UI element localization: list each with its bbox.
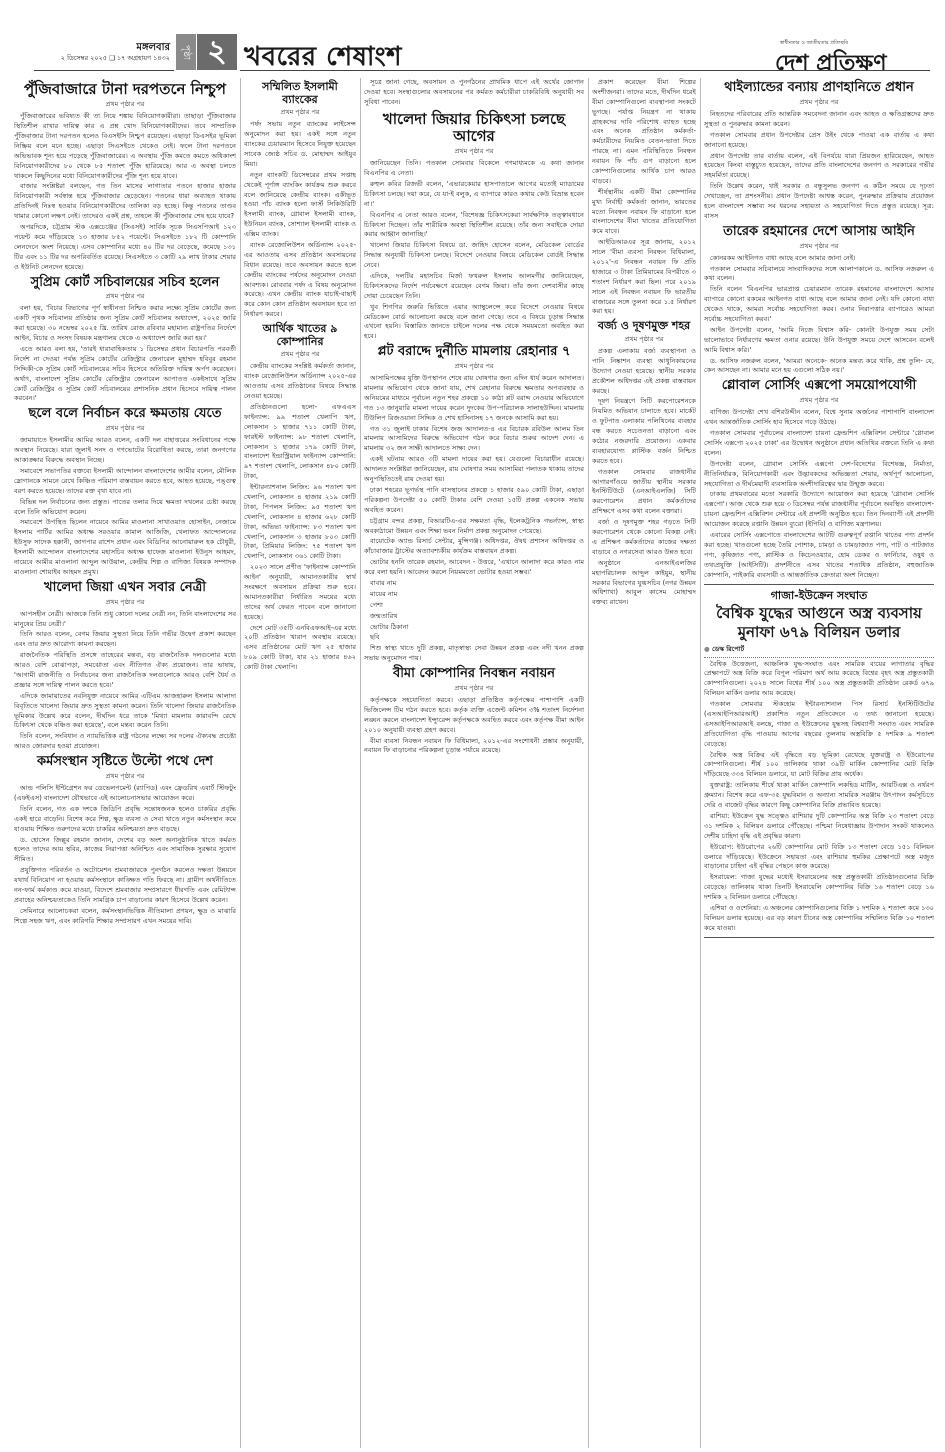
- article-body: জামায়াতে ইসলামীর আমির আরও বলেন, একটি দল…: [14, 436, 236, 577]
- article-body: প্রকাশ করেছেন বীমা শিল্পের অংশীজনরা। তাদ…: [592, 78, 696, 317]
- article-khaleda-treatment: খালেদা জিয়ার চিকিৎসা চলছে আগের প্রথম পৃ…: [364, 111, 584, 343]
- headline: খালেদা জিয়া এখন সবার নেত্রী: [14, 581, 236, 596]
- paragraph: ইসরায়েল: গাজা যুদ্ধের মধ্যেই ইসরায়েলের…: [704, 873, 934, 903]
- article-sourcing-expo: গ্লোবাল সোর্সিং এক্সপো সময়োপযোগী প্রথম …: [704, 379, 934, 580]
- column-2: সম্মিলিত ইসলামী ব্যাংকের প্রথম পৃষ্ঠার প…: [244, 78, 356, 1448]
- continued-label: প্রথম পৃষ্ঠার পর: [244, 107, 356, 118]
- continued-label: প্রথম পৃষ্ঠার পর: [704, 395, 934, 406]
- paragraph: তিনি বলেন, গত এক দশকে জিডিপি প্রবৃদ্ধি স…: [14, 805, 236, 835]
- paragraph: গতকাল সোমবার পূর্বাচলের বাংলাদেশ চায়না …: [704, 429, 934, 459]
- list-item: ভোটার ঠিকানা: [364, 623, 584, 633]
- paragraph: এদিকে জামায়াতের নবনিযুক্ত নায়েবে আমির …: [14, 692, 236, 732]
- paragraph: বাণিজ্য উপদেষ্টা শেখ বশিরউদ্দীন বলেন, বি…: [704, 408, 934, 428]
- column-divider: [240, 78, 241, 1448]
- continued-label: প্রথম পৃষ্ঠার পর: [364, 146, 584, 157]
- list-item: জন্মতারিখ: [364, 612, 584, 622]
- paragraph: নতুন ব্যাংকটি ডিসেম্বরের প্রথম সপ্তাহ থে…: [244, 171, 356, 240]
- paragraph: ব্যাংক রেজোলিউশন অর্ডিন্যান্স ২০২৫-এর আও…: [244, 241, 356, 320]
- masthead: মঙ্গলবার ২ ডিসেম্বর ২০২৫ ❑ ১৭ অগ্রহায়ণ …: [0, 0, 945, 72]
- continued-label: প্রথম পৃষ্ঠার পর: [14, 597, 236, 608]
- paragraph: তিনি বলেন 'বিএনপির ভারপ্রাপ্ত চেয়ারম্যা…: [704, 285, 934, 325]
- continued-label: প্রথম পৃষ্ঠার পর: [704, 97, 934, 108]
- article-share-market: পুঁজিবাজারে টানা দরপতনে নিশ্চুপ প্রথম পৃ…: [14, 81, 236, 273]
- paragraph: অনুষ্ঠানে এনআইএলজির মহাপরিচালক আব্দুল কা…: [592, 559, 696, 608]
- article-rehana: প্লট বরাদ্দে দুর্নীতি মামলায় রেহানার ৭ …: [364, 345, 584, 485]
- paragraph: বৈশ্বিক উত্তেজনা, আঞ্চলিক যুদ্ধ-সংঘাত এব…: [704, 660, 934, 700]
- headline: সুপ্রিম কোর্ট সচিবালয়ের সচিব হলেন: [14, 276, 236, 291]
- article-body: প্রকল্প এলাকায় বর্জ্য ব্যবস্থাপনা ও পান…: [592, 347, 696, 608]
- paragraph: খালেদা জিয়ার চিকিৎসা বিষয়ে ডা. জাহিদ হ…: [364, 241, 584, 271]
- article-body: জানিয়েছেন তিনি। গতকাল সোমবার বিকেলে গণম…: [364, 159, 584, 342]
- paragraph: কর্তৃপক্ষকে সহযোগিতা করবে। এছাড়া প্রতিষ…: [364, 696, 584, 736]
- paragraph: বৈশ্বিক অস্ত্র বিক্রির এই বৃদ্ধিতে বড় ভ…: [704, 751, 934, 781]
- article-khaleda-leader: খালেদা জিয়া এখন সবার নেত্রী প্রথম পৃষ্ঠ…: [14, 581, 236, 752]
- paragraph: বীমা ব্যবসা নিবন্ধন নবায়ন ফি বিধিমালা, …: [364, 737, 584, 757]
- paragraph: কোনরকম আইনিগত বাধা আছে বলে আমার জানা নেই…: [704, 254, 934, 264]
- article-insurance-fee: বীমা কোম্পানির নিবন্ধন নবায়ন প্রথম পৃষ্…: [364, 667, 584, 756]
- headline: গ্লোবাল সোর্সিং এক্সপো সময়োপযোগী: [704, 379, 934, 394]
- paragraph: খুব শিগগির জরুরি ভিত্তিতে এয়ার অ্যাম্বু…: [364, 303, 584, 343]
- divider: [240, 70, 930, 71]
- article-body: নিহতদের পরিবারের প্রতি আন্তরিক সমবেদনা জ…: [704, 110, 934, 222]
- article-body: পর্ষদ সভায় নতুন ব্যাংকের লাইসেন্স অনুমো…: [244, 120, 356, 320]
- paragraph: আসামিপক্ষের যুক্তি উপস্থাপন শেষে রায় ঘো…: [364, 374, 584, 423]
- column-divider: [360, 78, 361, 1448]
- article-tarique: তারেক রহমানের দেশে আসায় আইনি প্রথম পৃষ্…: [704, 225, 934, 377]
- article-body: কর্তৃপক্ষকে সহযোগিতা করবে। এছাড়া প্রতিষ…: [364, 696, 584, 756]
- page-number: ২: [197, 34, 237, 70]
- continued-label: প্রথম পৃষ্ঠার পর: [244, 349, 356, 360]
- paragraph: জামায়াতে ইসলামীর আমির আরও বলেন, একটি দল…: [14, 436, 236, 466]
- article-body: সূত্রে জানা গেছে, অবসায়ন ও পুনর্গঠনের প…: [364, 78, 584, 108]
- list-item: মায়ের নাম: [364, 590, 584, 600]
- paragraph: ভোটার হননি তারেক রহমান, আবেদন - উত্তরে, …: [364, 558, 584, 578]
- paragraph: গতকাল সোমবার প্রধান উপদেষ্টার প্রেস উইং …: [704, 131, 934, 151]
- paragraph: ঢাকায় প্রথমবারের মতো সরকারি উদ্যোগে আয়…: [704, 490, 934, 530]
- paragraph: তিনি বলেন, সংবিধান ও ন্যায়ভিত্তিক রাষ্ট…: [14, 732, 236, 752]
- list-item: ছবি: [364, 633, 584, 643]
- paragraph: ড. হোসেন জিল্লুর রহমান জানান, দেশের বড় …: [14, 836, 236, 866]
- continued-label: প্রথম পৃষ্ঠার পর: [14, 771, 236, 782]
- paragraph: সমাবেশে উপস্থিত ছিলেন নায়েবে আমির মাওলা…: [14, 518, 236, 577]
- continued-label: প্রথম পৃষ্ঠার পর: [14, 99, 236, 110]
- paragraph: আইন উপদেষ্টা বলেন, 'আমি নিজে বিশ্বাস করি…: [704, 326, 934, 356]
- article-nine-companies: আর্থিক খাতের ৯ কোম্পানির প্রথম পৃষ্ঠার প…: [244, 323, 356, 673]
- paragraph: ২০২৩ সালে প্রণীত 'ফাইন্যান্স কোম্পানি আই…: [244, 563, 356, 622]
- paragraph: শীর্ষস্থানীয় একটি বীমা কোম্পানির মুখ্য …: [592, 188, 696, 237]
- column-3: সূত্রে জানা গেছে, অবসায়ন ও পুনর্গঠনের প…: [364, 78, 584, 1448]
- article-body: কোনরকম আইনিগত বাধা আছে বলে আমার জানা নেই…: [704, 254, 934, 377]
- paragraph: উপদেষ্টা বলেন, গ্লোবাল সোর্সিং এক্সপো দে…: [704, 460, 934, 490]
- list-item: পেশা: [364, 601, 584, 611]
- paragraph: বিএনপির এ নেতা আরও বলেন, 'বিশেষজ্ঞ চিকিৎ…: [364, 211, 584, 241]
- column-divider: [700, 78, 701, 1448]
- paragraph: এতে আরও বলা হয়, 'তারই ধারাবাহিকতায় ১ ড…: [14, 345, 236, 404]
- paragraph: চট্টগ্রাম বন্দর প্রকল্প, বিআরটিএ-এর সক্ষ…: [364, 517, 584, 537]
- paragraph: ইন্টারন্যাশনাল লিজিং: ৯৬ শতাংশ ঋণ খেলাপি…: [244, 483, 356, 562]
- article-power-grab: ছলে বলে নির্বাচন করে ক্ষমতায় যেতে প্রথম…: [14, 407, 236, 577]
- paragraph: গতকাল সোমবার রাজধানীর আগারগাঁওয়ে জাতীয়…: [592, 468, 696, 517]
- headline: প্লট বরাদ্দে দুর্নীতি মামলায় রেহানার ৭: [364, 345, 584, 360]
- column-divider: [588, 78, 589, 1448]
- article-pollution: বর্জ্য ও দূষণমুক্ত শহর প্রথম পৃষ্ঠার পর …: [592, 320, 696, 608]
- article-thailand-flood: থাইল্যান্ডের বন্যায় প্রাণহানিতে প্রধান …: [704, 81, 934, 222]
- paragraph: এশিয়া ও ওশেনিয়া: এ অঞ্চলের কোম্পানিগুল…: [704, 904, 934, 934]
- paragraph: বিভিন্ন দল নির্বাচনের জন্য প্রস্তুত। পাত…: [14, 498, 236, 518]
- paragraph: প্রকাশ করেছেন বীমা শিল্পের অংশীজনরা। তাদ…: [592, 78, 696, 187]
- paragraph: এবারের সোর্সিং এক্সপোতে বাংলাদেশের আটটি …: [704, 531, 934, 580]
- continued-label: প্রথম পৃষ্ঠার পর: [14, 291, 236, 302]
- paragraph: ঢাকা শহরের ভূগর্ভস্থ পানি বাসস্থানের প্র…: [364, 486, 584, 516]
- headline: বীমা কোম্পানির নিবন্ধন নবায়ন: [364, 667, 584, 682]
- byline: ডেস্ক রিপোর্ট: [704, 644, 934, 658]
- paragraph: দূষণ নিয়ন্ত্রণে সিটি করপোরেশনকে নিয়মিত…: [592, 397, 696, 466]
- paragraph: পুঁজিবাজারের ভবিষ্যত কী তা নিয়ে শঙ্কায়…: [14, 112, 236, 181]
- paragraph: প্রকল্প এলাকায় বর্জ্য ব্যবস্থাপনা ও পান…: [592, 347, 696, 396]
- article-body: ঢাকা শহরের ভূগর্ভস্থ পানি বাসস্থানের প্র…: [364, 486, 584, 664]
- paragraph: সূত্রে জানা গেছে, অবসায়ন ও পুনর্গঠনের প…: [364, 78, 584, 108]
- article-body: আন্ড পলিসি ইন্টিগ্রেশন ফর ডেভেলপমেন্ট (র…: [14, 784, 236, 926]
- masthead-date: ২ ডিসেম্বর ২০২৫ ❑ ১৭ অগ্রহায়ণ ১৪৩২: [20, 53, 170, 64]
- paragraph: দেশে মোট ৩৫টি এনবিএফআই-এর মধ্যে ২০টি প্র…: [244, 624, 356, 673]
- paragraph: বায়োটেক অ্যান্ড রিসার্চ সেন্টার, মুন্সি…: [364, 537, 584, 557]
- paragraph: তিনি আরও বলেন, বেগম জিয়ার সুস্থতা নিয়ে…: [14, 630, 236, 650]
- column-5: থাইল্যান্ডের বন্যায় প্রাণহানিতে প্রধান …: [704, 78, 934, 1448]
- continued-label: প্রথম পৃষ্ঠার পর: [364, 683, 584, 694]
- paragraph: ইউরোপ: ইউরোপের ২৬টি কোম্পানির মোট বিক্রি…: [704, 843, 934, 873]
- paragraph: পর্ষদ সভায় নতুন ব্যাংকের লাইসেন্স অনুমো…: [244, 120, 356, 169]
- paragraph: শিশু স্বাস্থ্য খাতে দুটি প্রকল্প, মাতৃস্…: [364, 644, 584, 664]
- paragraph: গতকাল সোমবার স্টকহোম ইন্টারন্যাশনাল পিস …: [704, 700, 934, 749]
- paragraph: ড. আসিফ নজরুল বলেন, 'আমরা অনেকে- অনেক মন…: [704, 357, 934, 377]
- paragraph: রাজনৈতিক পরিস্থিতি প্রসঙ্গে তাহেরের মন্ত…: [14, 651, 236, 691]
- paragraph: রাশিয়া: ইউক্রেন যুদ্ধ সত্ত্বেও রাশিয়ার…: [704, 812, 934, 842]
- paragraph: এদিকে, দলটির মহাসচিব মির্জা ফখরুল ইসলাম …: [364, 272, 584, 302]
- paragraph: আন্ড পলিসি ইন্টিগ্রেশন ফর ডেভেলপমেন্ট (র…: [14, 784, 236, 804]
- article-body: কেন্দ্রীয় ব্যাংকের সংশ্লিষ্ট কর্মকর্তা …: [244, 362, 356, 673]
- article-islami-bank: সম্মিলিত ইসলামী ব্যাংকের প্রথম পৃষ্ঠার প…: [244, 81, 356, 320]
- headline: সম্মিলিত ইসলামী ব্যাংকের: [244, 81, 356, 106]
- headline: পুঁজিবাজারে টানা দরপতনে নিশ্চুপ: [14, 81, 236, 98]
- article-body: বাণিজ্য উপদেষ্টা শেখ বশিরউদ্দীন বলেন, বি…: [704, 408, 934, 580]
- headline: বৈশ্বিক যুদ্ধের আগুনে অস্ত্র ব্যবসায়: [704, 604, 934, 623]
- section-title: খবরের শেষাংশ: [244, 36, 402, 80]
- paragraph: প্রযুক্তিগত পরিবর্তন ও অটোমেশন শ্রমবাজার…: [14, 866, 236, 906]
- divider: [34, 70, 174, 71]
- paragraph: গতকাল সোমবার সচিবালয়ে সাংবাদিকদের সঙ্গে…: [704, 265, 934, 285]
- paragraph: প্রধান উপদেষ্টা তার বার্তায় বলেন, এই বি…: [704, 152, 934, 182]
- article-supreme-court: সুপ্রিম কোর্ট সচিবালয়ের সচিব হলেন প্রথম…: [14, 276, 236, 405]
- continued-label: প্রথম পৃষ্ঠার পর: [592, 334, 696, 345]
- headline: ছলে বলে নির্বাচন করে ক্ষমতায় যেতে: [14, 407, 236, 422]
- paragraph: বাজার সংশ্লিষ্টরা বলছেন, গত তিন মাসের লা…: [14, 182, 236, 222]
- paragraph: আইডিআরএর সূত্র জানায়, ২০১২ সালে 'বীমা ব…: [592, 238, 696, 317]
- list-item: বাবার নাম: [364, 579, 584, 589]
- article-body: আসামিপক্ষের যুক্তি উপস্থাপন শেষে রায় ঘো…: [364, 374, 584, 485]
- article-body: পুঁজিবাজারের ভবিষ্যত কী তা নিয়ে শঙ্কায়…: [14, 112, 236, 272]
- paragraph: জানিয়েছেন তিনি। গতকাল সোমবার বিকেলে গণম…: [364, 159, 584, 179]
- column-4: প্রকাশ করেছেন বীমা শিল্পের অংশীজনরা। তাদ…: [592, 78, 696, 1448]
- continued-label: প্রথম পৃষ্ঠার পর: [704, 241, 934, 252]
- paragraph: বর্জ্য ও দূষণমুক্ত শহর গড়তে সিটি করপোরে…: [592, 518, 696, 558]
- paragraph: আপসহীন নেত্রী। আজকে তিনি শুধু কোনো দলের …: [14, 610, 236, 630]
- page-label: পৃষ্ঠা: [176, 34, 196, 70]
- paragraph: কেন্দ্রীয় ব্যাংকের সংশ্লিষ্ট কর্মকর্তা …: [244, 362, 356, 402]
- paragraph: গত ৩১ জুলাই ঢাকার বিশেষ জজ আদালত-৪ এর বি…: [364, 425, 584, 455]
- article-body: আপসহীন নেত্রী। আজকে তিনি শুধু কোনো দলের …: [14, 610, 236, 752]
- paragraph: নিহতদের পরিবারের প্রতি আন্তরিক সমবেদনা জ…: [704, 110, 934, 130]
- headline: তারেক রহমানের দেশে আসায় আইনি: [704, 225, 934, 240]
- article-body: বৈশ্বিক উত্তেজনা, আঞ্চলিক যুদ্ধ-সংঘাত এব…: [704, 660, 934, 934]
- paragraph: যুক্তরাষ্ট্র: তালিকায় শীর্ষে থাকা মার্ক…: [704, 781, 934, 811]
- paragraph: অপরদিকে, চট্টগ্রাম স্টক এক্সচেঞ্জের (সিএ…: [14, 223, 236, 272]
- paragraph: প্রতিষ্ঠানগুলো হলো- এফএএস ফাইন্যান্স: ৯৯…: [244, 403, 356, 482]
- headline: কর্মসংস্থান সৃষ্টিতে উল্টো পথে দেশ: [14, 755, 236, 770]
- article-ecnec: ঢাকা শহরের ভূগর্ভস্থ পানি বাসস্থানের প্র…: [364, 486, 584, 664]
- paragraph: সমাবেশে সভাপতির বক্তব্যে ইসলামী আন্দোলন …: [14, 467, 236, 497]
- headline: খালেদা জিয়ার চিকিৎসা চলছে আগের: [364, 111, 584, 146]
- headline: আর্থিক খাতের ৯ কোম্পানির: [244, 323, 356, 348]
- paragraph: বলা হয়, 'বিচার বিভাগের পূর্ণ স্বাধীনতা …: [14, 304, 236, 344]
- article-arms-profit: গাজা-ইউক্রেন সংঘাত বৈশ্বিক যুদ্ধের আগুনে…: [704, 584, 934, 937]
- headline: থাইল্যান্ডের বন্যায় প্রাণহানিতে প্রধান: [704, 81, 934, 96]
- article-body: বলা হয়, 'বিচার বিভাগের পূর্ণ স্বাধীনতা …: [14, 304, 236, 404]
- paragraph: একই ঘটনায় আরও ৩টি মামলা দায়ের করা হয়।…: [364, 455, 584, 485]
- headline: বর্জ্য ও দূষণমুক্ত শহর: [592, 320, 696, 333]
- article-employment: কর্মসংস্থান সৃষ্টিতে উল্টো পথে দেশ প্রথম…: [14, 755, 236, 926]
- paragraph: রুহুল কবির রিজভী বলেন, 'এভারকেয়ার হাসপা…: [364, 180, 584, 210]
- paragraph: সেমিনারে আলোচকরা বলেন, কর্মসংস্থানভিত্তি…: [14, 907, 236, 927]
- column-1: পুঁজিবাজারে টানা দরপতনে নিশ্চুপ প্রথম পৃ…: [14, 78, 236, 1448]
- kicker: গাজা-ইউক্রেন সংঘাত: [704, 590, 934, 603]
- paragraph: তিনি উল্লেখ করেন, থাই সরকার ও বন্ধুসুলভ …: [704, 182, 934, 222]
- continued-label: প্রথম পৃষ্ঠার পর: [14, 423, 236, 434]
- headline: মুনাফা ৬৭৯ বিলিয়ন ডলার: [704, 623, 934, 642]
- continued-label: প্রথম পৃষ্ঠার পর: [364, 361, 584, 372]
